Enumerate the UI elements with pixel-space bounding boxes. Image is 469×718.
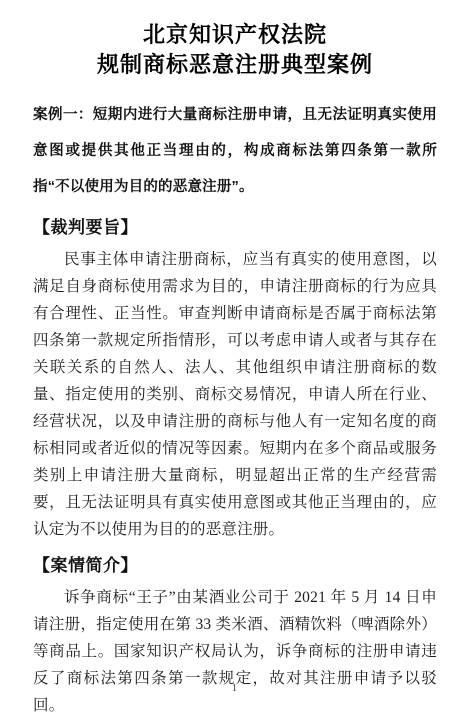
section-body-judgment-gist: 民事主体申请注册商标，应当有真实的使用意图，以满足自身商标使用需求为目的，申请注…	[33, 246, 437, 543]
section-heading-judgment-gist: 【裁判要旨】	[33, 217, 437, 239]
document-page: 北京知识产权法院 规制商标恶意注册典型案例 案例一：短期内进行大量商标注册申请，…	[0, 0, 469, 718]
title-line-1: 北京知识产权法院	[33, 20, 437, 50]
document-title: 北京知识产权法院 规制商标恶意注册典型案例	[33, 20, 437, 80]
page-number: 1	[0, 683, 469, 694]
section-heading-case-brief: 【案情简介】	[33, 555, 437, 577]
case-one-summary: 案例一：短期内进行大量商标注册申请，且无法证明真实使用意图或提供其他正当理由的，…	[33, 97, 437, 205]
section-body-case-brief: 诉争商标“王子”由某酒业公司于 2021 年 5 月 14 日申请注册，指定使用…	[33, 584, 437, 718]
title-line-2: 规制商标恶意注册典型案例	[33, 50, 437, 80]
